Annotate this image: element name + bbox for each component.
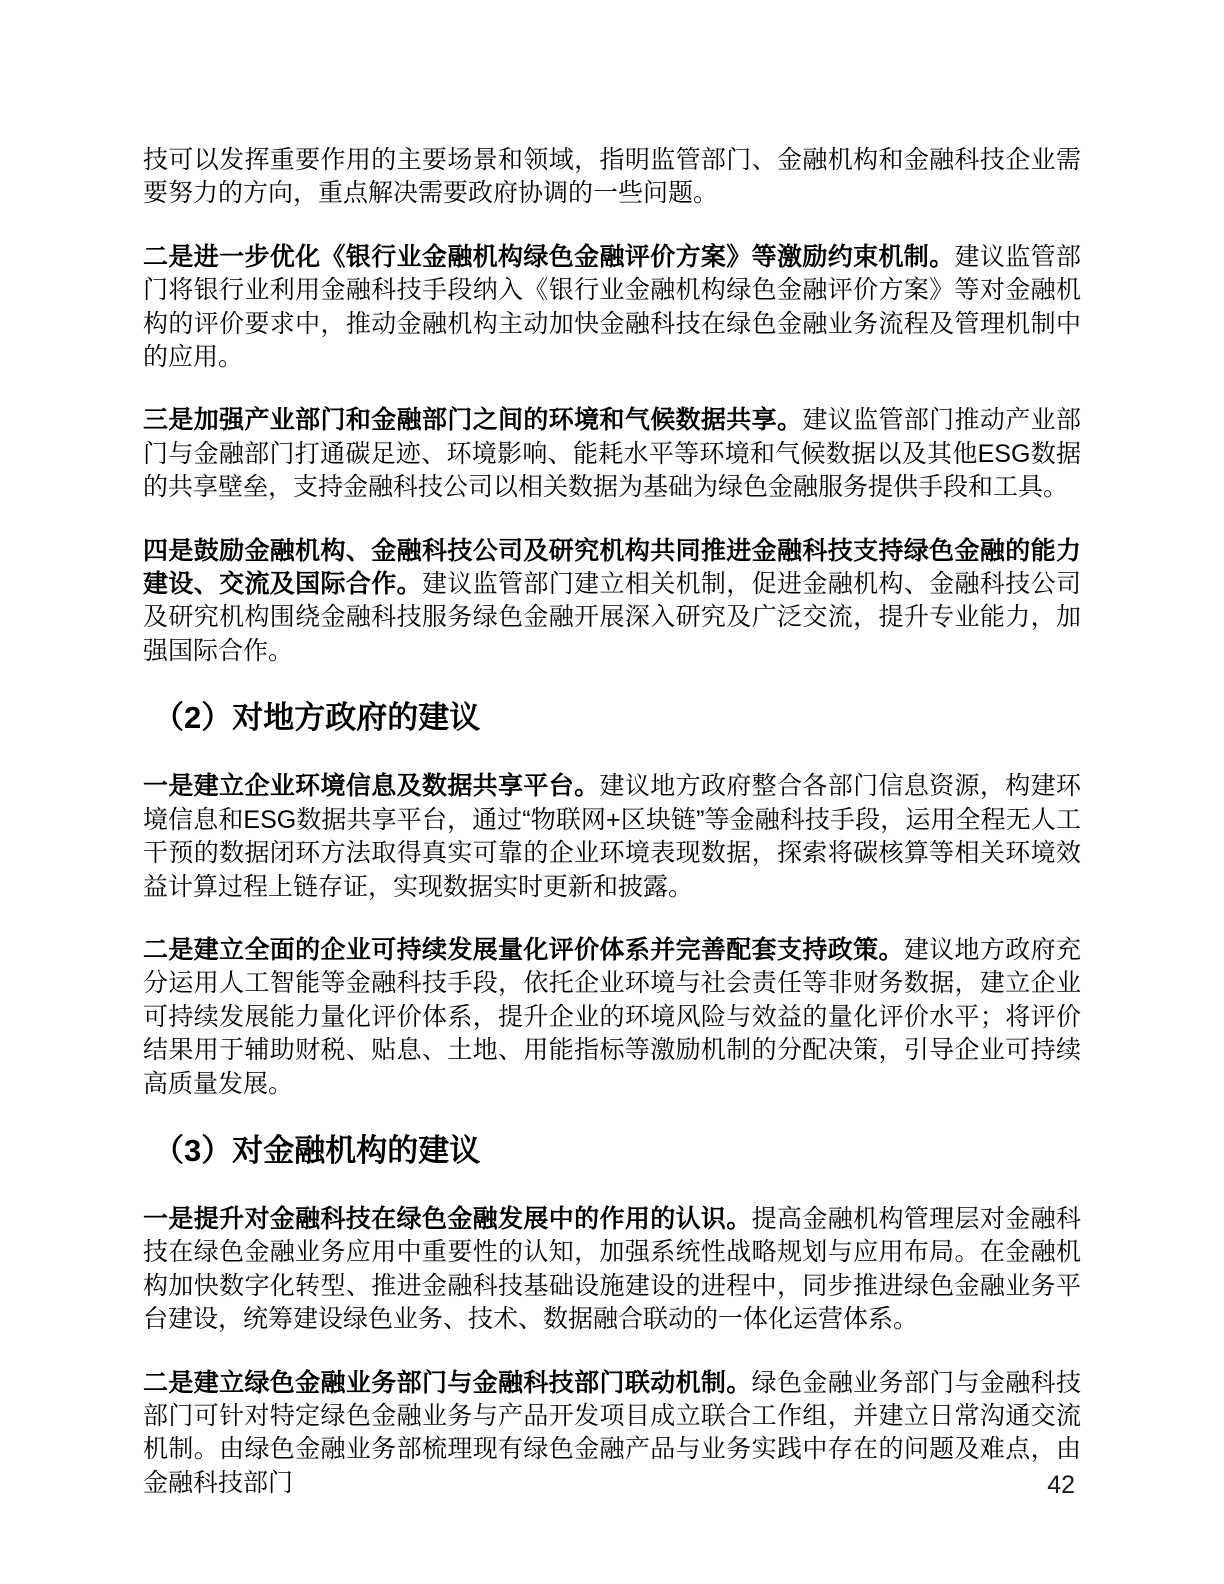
paragraph-lead-bold: 一是提升对金融科技在绿色金融发展中的作用的认识。 xyxy=(143,1205,752,1233)
paragraph: 一是提升对金融科技在绿色金融发展中的作用的认识。提高金融机构管理层对金融科技在绿… xyxy=(143,1203,1081,1337)
page-content: 技可以发挥重要作用的主要场景和领域，指明监管部门、金融机构和金融科技企业需要努力… xyxy=(143,144,1081,1530)
section-heading-financial-institutions: （3）对金融机构的建议 xyxy=(143,1131,1081,1171)
paragraph-lead-bold: 二是建立全面的企业可持续发展量化评价体系并完善配套支持政策。 xyxy=(143,936,904,964)
paragraph: 三是加强产业部门和金融部门之间的环境和气候数据共享。建议监管部门推动产业部门与金… xyxy=(143,404,1081,504)
paragraph-lead-bold: 二是建立绿色金融业务部门与金融科技部门联动机制。 xyxy=(143,1369,752,1397)
paragraph: 二是建立全面的企业可持续发展量化评价体系并完善配套支持政策。建议地方政府充分运用… xyxy=(143,934,1081,1101)
paragraph-lead-bold: 三是加强产业部门和金融部门之间的环境和气候数据共享。 xyxy=(143,406,802,434)
paragraph: 一是建立企业环境信息及数据共享平台。建议地方政府整合各部门信息资源，构建环境信息… xyxy=(143,770,1081,904)
paragraph-lead-bold: 二是进一步优化《银行业金融机构绿色金融评价方案》等激励约束机制。 xyxy=(143,243,955,271)
paragraph: 四是鼓励金融机构、金融科技公司及研究机构共同推进金融科技支持绿色金融的能力建设、… xyxy=(143,535,1081,669)
paragraph: 二是进一步优化《银行业金融机构绿色金融评价方案》等激励约束机制。建议监管部门将银… xyxy=(143,241,1081,375)
page-number: 42 xyxy=(1047,1473,1075,1498)
section-heading-local-government: （2）对地方政府的建议 xyxy=(143,698,1081,738)
paragraph-lead-bold: 一是建立企业环境信息及数据共享平台。 xyxy=(143,772,600,800)
document-page: 技可以发挥重要作用的主要场景和领域，指明监管部门、金融机构和金融科技企业需要努力… xyxy=(0,0,1224,1584)
paragraph: 二是建立绿色金融业务部门与金融科技部门联动机制。绿色金融业务部门与金融科技部门可… xyxy=(143,1367,1081,1501)
paragraph-continuation: 技可以发挥重要作用的主要场景和领域，指明监管部门、金融机构和金融科技企业需要努力… xyxy=(143,144,1081,211)
paragraph-text: 技可以发挥重要作用的主要场景和领域，指明监管部门、金融机构和金融科技企业需要努力… xyxy=(143,146,1081,207)
